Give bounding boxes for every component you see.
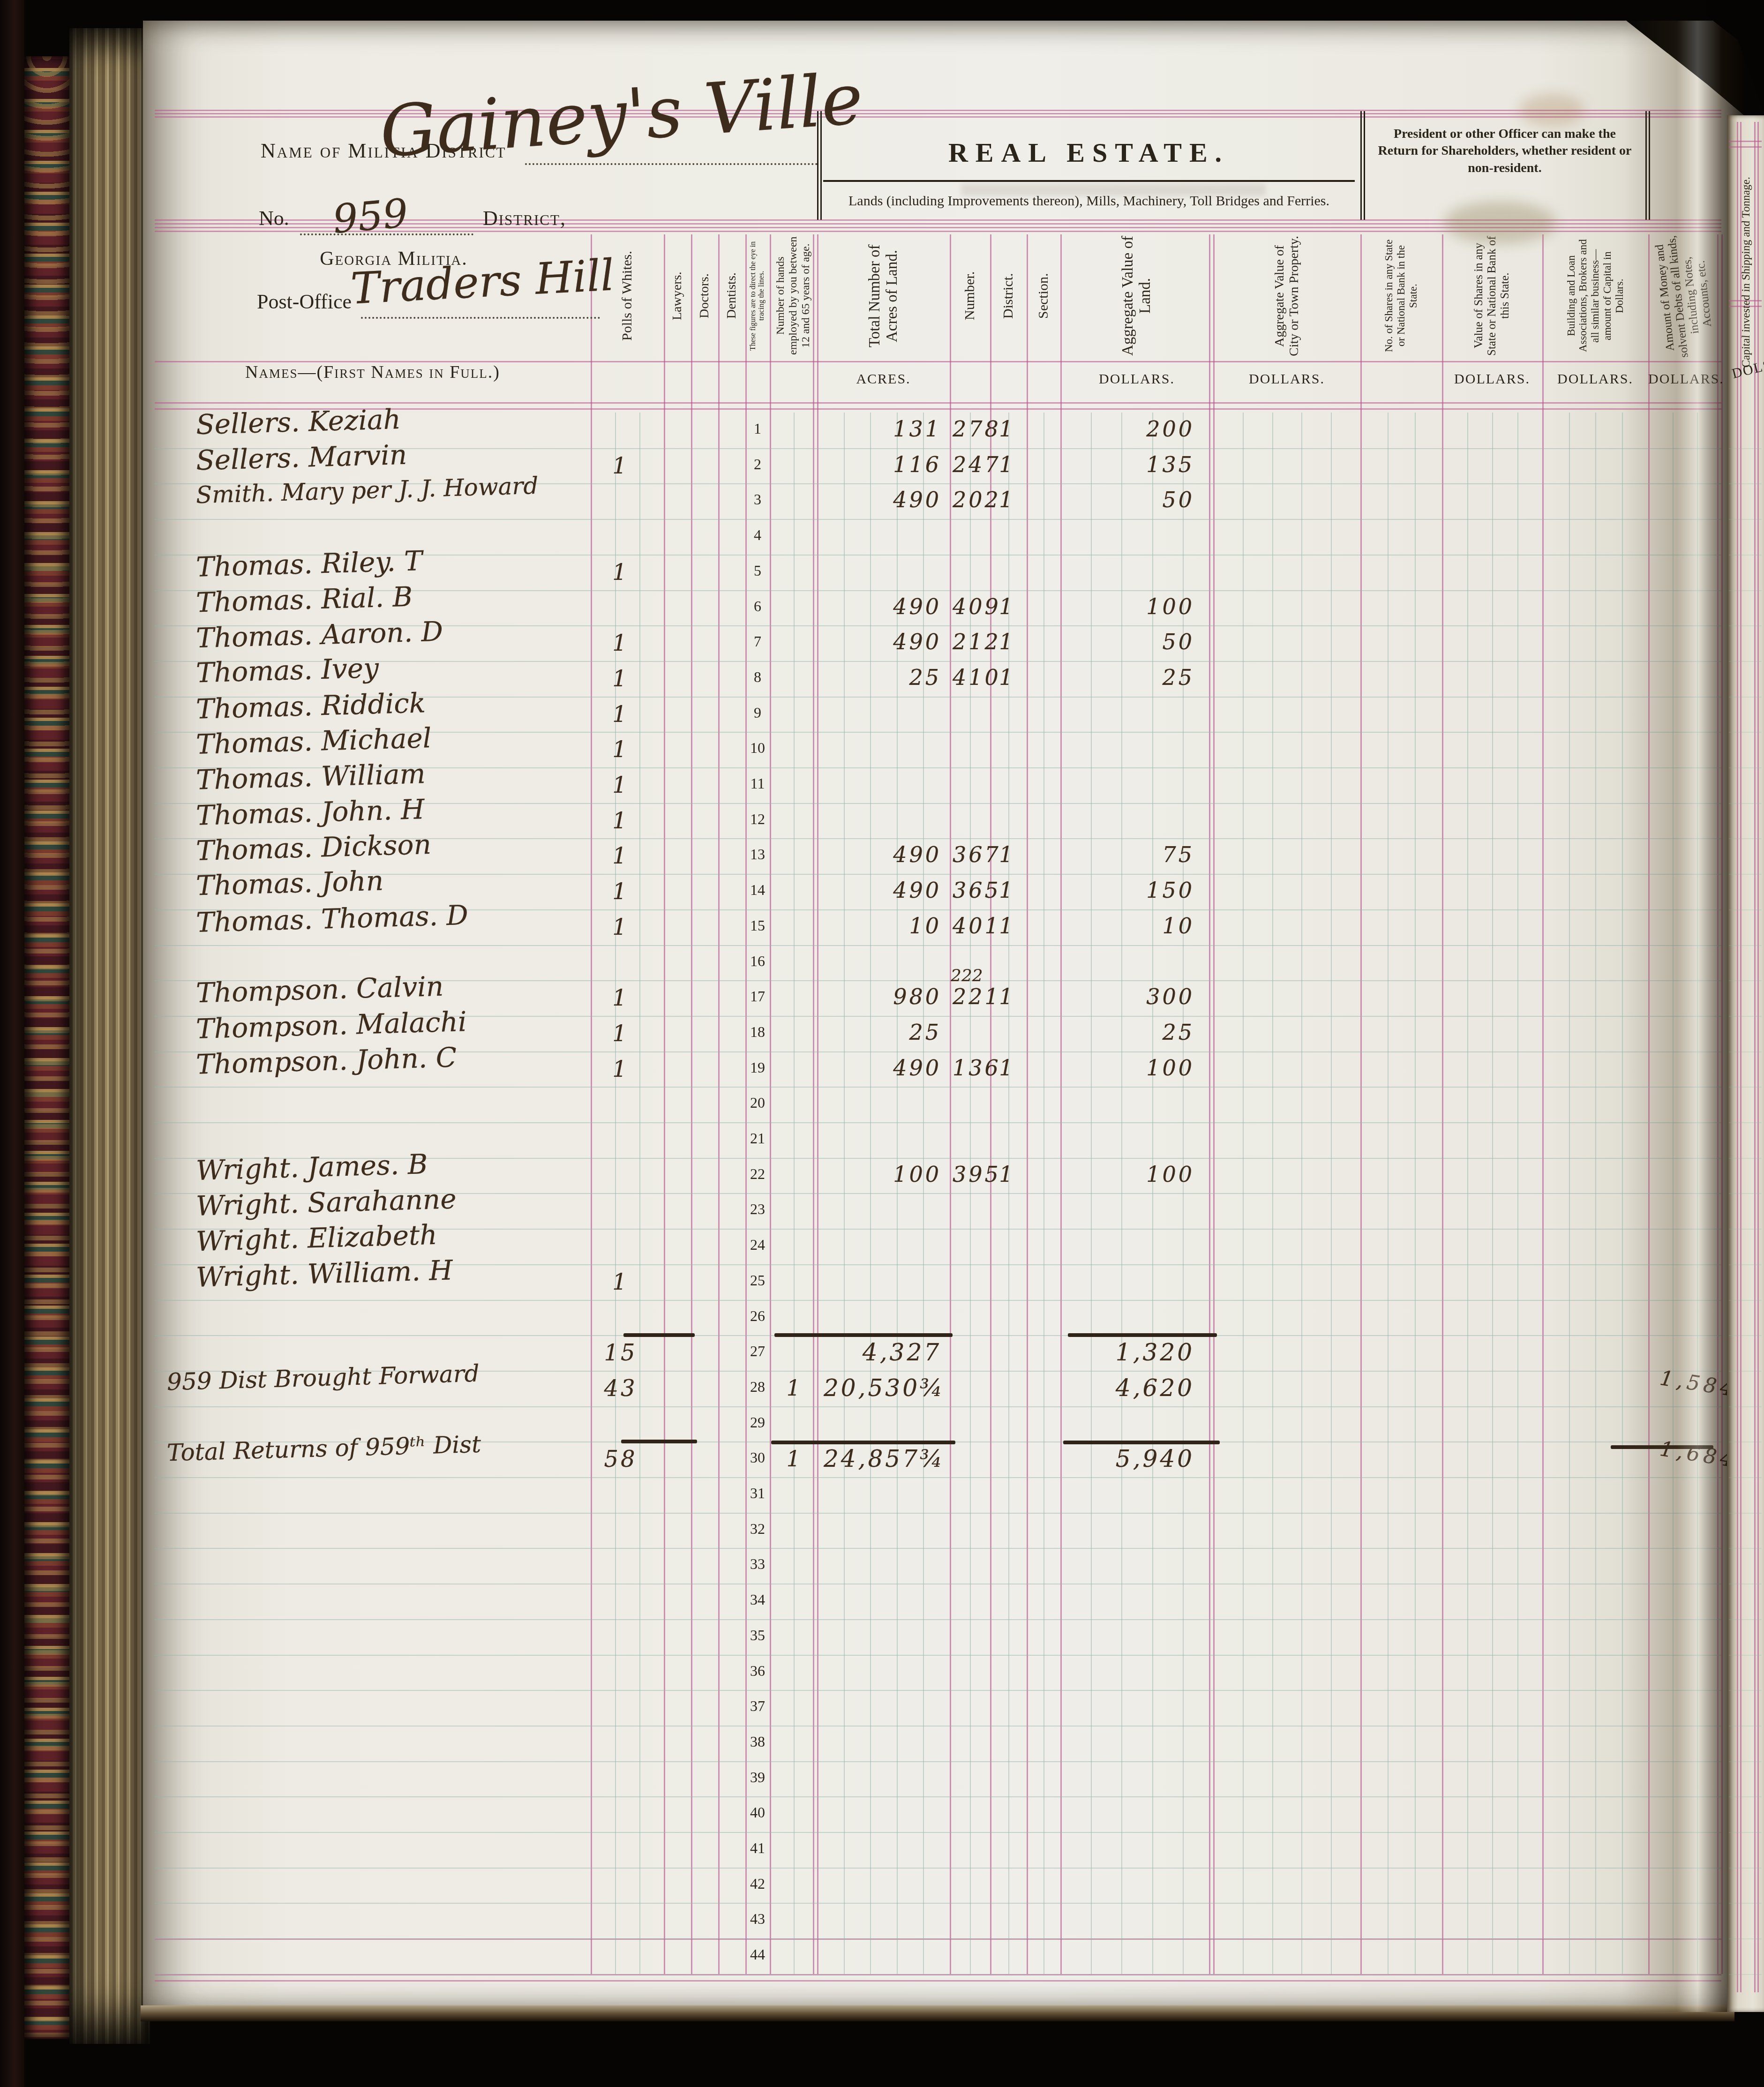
row-number: 21 — [745, 1130, 770, 1147]
land-value-cell: 1,320 — [1060, 1339, 1194, 1366]
grid-line — [1648, 234, 1650, 1974]
units-val: DOLLARS. — [1060, 371, 1213, 387]
column-header-city: Aggregate Value of City or Town Property… — [1213, 234, 1360, 357]
polls-cell: 58 — [591, 1446, 651, 1472]
grid-line — [1729, 767, 1762, 768]
row-number: 32 — [745, 1520, 770, 1538]
grid-line — [1729, 1406, 1762, 1407]
polls-cell: 43 — [591, 1375, 651, 1402]
land-value-cell: 100 — [1060, 1055, 1194, 1081]
grid-line — [155, 1796, 1721, 1797]
sum-line — [771, 1441, 955, 1444]
grid-line — [1729, 945, 1762, 946]
acres-cell: 980 — [824, 984, 941, 1009]
polls-cell: 1 — [591, 701, 651, 728]
district-cell: 1 — [990, 842, 1022, 867]
grid-line — [1729, 1761, 1762, 1762]
polls-cell: 1 — [591, 914, 651, 940]
post-office-rule — [361, 317, 600, 319]
grid-line — [1729, 1229, 1762, 1230]
district-cell: 1 — [990, 913, 1022, 938]
district-cell: 1 — [990, 487, 1022, 512]
stain — [1519, 94, 1584, 127]
grid-line — [1729, 1655, 1762, 1656]
sum-line — [621, 1440, 697, 1443]
row-number: 6 — [745, 598, 770, 615]
name-cell: Wright. Sarahanne — [195, 1183, 457, 1222]
grid-line — [1729, 1264, 1762, 1265]
grid-line — [155, 1980, 1721, 1982]
grid-line — [155, 1832, 1721, 1833]
grid-line — [155, 1513, 1721, 1514]
grid-line — [591, 234, 592, 1974]
grid-line — [1754, 122, 1756, 1992]
grid-line — [1729, 555, 1762, 556]
grid-line — [1729, 1938, 1762, 1939]
name-cell: Thomas. Riddick — [195, 687, 426, 725]
box-border — [1649, 111, 1650, 220]
land-value-cell: 25 — [1060, 1020, 1194, 1045]
hands-cell: 1 — [770, 1446, 817, 1471]
grid-line — [155, 519, 1721, 520]
lot-number-cell: 212 — [953, 629, 993, 654]
acres-cell: 20,530¾ — [824, 1374, 941, 1402]
row-number: 4 — [745, 526, 770, 544]
land-value-cell: 4,620 — [1060, 1374, 1194, 1402]
district-cell: 1 — [990, 594, 1022, 619]
district-cell: 1 — [990, 984, 1022, 1009]
grid-line — [155, 874, 1721, 875]
grid-line — [1729, 483, 1762, 484]
lot-number-cell: 367 — [953, 842, 993, 867]
grid-line — [1442, 234, 1443, 1974]
grid-line — [155, 1655, 1721, 1656]
polls-cell: 1 — [591, 453, 651, 479]
district-cell: 1 — [990, 665, 1022, 690]
grid-line — [691, 234, 692, 1974]
real-estate-title: REAL ESTATE. — [817, 137, 1360, 168]
shareholder-note: President or other Officer can make the … — [1374, 126, 1636, 177]
grid-line — [155, 1584, 1721, 1584]
name-cell: Thomas. William — [195, 758, 426, 796]
box-border — [1364, 111, 1365, 220]
grid-line — [1729, 1158, 1762, 1159]
grid-line — [1729, 1868, 1762, 1869]
lot-number-cell: 247 — [953, 452, 993, 477]
grid-line — [770, 234, 771, 1974]
row-number: 33 — [745, 1555, 770, 1573]
name-cell: Thomas. Riley. T — [195, 545, 423, 583]
row-number: 31 — [745, 1485, 770, 1502]
name-cell: Sellers. Keziah — [195, 403, 401, 441]
column-header-acres: Total Number of Acres of Land. — [817, 234, 950, 357]
column-header-num: Number. — [950, 234, 990, 357]
grid-line — [155, 945, 1721, 946]
district-word: District, — [483, 206, 566, 230]
land-value-cell: 50 — [1060, 629, 1194, 654]
name-cell: Thomas. Dickson — [195, 828, 432, 867]
grid-line — [813, 234, 814, 1974]
row-number: 24 — [745, 1236, 770, 1254]
grid-line — [155, 1548, 1721, 1549]
name-cell: Thomas. Rial. B — [195, 580, 413, 618]
grid-line — [1729, 1477, 1762, 1478]
grid-line — [1729, 874, 1762, 875]
row-number: 18 — [745, 1023, 770, 1041]
land-value-cell: 150 — [1060, 878, 1194, 903]
row-number: 8 — [745, 668, 770, 686]
grid-line — [1729, 1122, 1762, 1123]
row-number: 29 — [745, 1414, 770, 1431]
grid-line — [1717, 234, 1719, 1974]
sum-line — [623, 1333, 695, 1337]
lot-number-cell: 136 — [953, 1055, 993, 1081]
row-number: 12 — [745, 811, 770, 828]
polls-cell: 1 — [591, 772, 651, 798]
name-cell: Smith. Mary per J. J. Howard — [195, 472, 539, 509]
grid-line — [155, 661, 1721, 662]
land-value-cell: 200 — [1060, 416, 1194, 442]
polls-cell: 1 — [591, 630, 651, 656]
acres-cell: 490 — [824, 594, 941, 619]
land-value-cell: 100 — [1060, 594, 1194, 619]
district-number-label: No. — [259, 206, 289, 230]
row-number: 17 — [745, 988, 770, 1005]
grid-line — [1729, 1441, 1762, 1442]
units-bl: DOLLARS. — [1542, 371, 1648, 387]
name-cell: Thomas. John. H — [195, 793, 425, 832]
row-number: 36 — [745, 1662, 770, 1680]
grid-line — [1027, 234, 1028, 1974]
grid-line — [1729, 1584, 1762, 1584]
polls-cell: 1 — [591, 808, 651, 834]
grid-line — [1757, 122, 1759, 1992]
polls-cell: 15 — [591, 1340, 651, 1366]
column-header-bl: Building and Loan Associations, Brokers … — [1542, 234, 1648, 357]
row-number: 3 — [745, 491, 770, 508]
column-header-hands: Number of hands employed by you between … — [770, 234, 817, 357]
row-number: 28 — [745, 1378, 770, 1396]
polls-cell: 1 — [591, 878, 651, 905]
grid-line — [1729, 803, 1762, 804]
grid-line — [155, 1619, 1721, 1620]
column-header-dist: District. — [990, 234, 1027, 357]
box-border — [1360, 111, 1362, 220]
names-column-header: Names—(First Names in Full.) — [155, 362, 591, 383]
grid-line — [1729, 1087, 1762, 1088]
name-cell: Sellers. Marvin — [195, 438, 407, 476]
row-number: 2 — [745, 456, 770, 473]
row-number: 14 — [745, 881, 770, 899]
column-header-shval: Value of Shares in any State or National… — [1442, 234, 1542, 357]
grid-line — [1729, 1726, 1762, 1727]
column-header-doctors: Doctors. — [691, 234, 718, 357]
grid-line — [1729, 1548, 1762, 1549]
column-header-rownum: These figures are to direct the eye in t… — [745, 234, 770, 357]
grid-line — [1729, 909, 1762, 910]
column-header-section: Section. — [1027, 234, 1060, 357]
grid-line — [817, 234, 818, 1974]
row-number: 5 — [745, 562, 770, 579]
units-acres: ACRES. — [817, 371, 950, 387]
grid-line — [155, 1300, 1721, 1301]
acres-cell: 131 — [824, 416, 941, 442]
district-cell: 1 — [990, 1162, 1022, 1187]
name-cell: Thomas. Ivey — [195, 652, 379, 689]
grid-line — [155, 1087, 1721, 1088]
hands-cell: 1 — [770, 1375, 817, 1401]
polls-cell: 1 — [591, 666, 651, 692]
acres-cell: 4,327 — [824, 1339, 941, 1366]
ledger-sheet: Name of Militia District Gainey's Ville … — [0, 0, 1764, 2087]
grid-line — [1729, 1974, 1762, 1975]
polls-cell: 1 — [591, 843, 651, 869]
acres-cell: 116 — [824, 452, 941, 477]
row-number: 35 — [745, 1627, 770, 1644]
district-number-value: 959 — [331, 190, 410, 242]
row-number: 13 — [745, 846, 770, 863]
grid-line — [155, 1938, 1721, 1939]
land-value-cell: 100 — [1060, 1162, 1194, 1187]
row-number: 20 — [745, 1094, 770, 1111]
grid-line — [155, 1974, 1721, 1975]
post-office-label: Post-Office — [257, 290, 352, 314]
grid-line — [1729, 1371, 1762, 1372]
name-cell: Thompson. Calvin — [195, 970, 444, 1009]
grid-line — [1721, 234, 1723, 1974]
acres-cell: 490 — [824, 878, 941, 903]
polls-cell: 1 — [591, 1021, 651, 1047]
acres-cell: 100 — [824, 1162, 941, 1187]
name-cell: Thompson. Malachi — [195, 1006, 467, 1045]
militia-district-value: Gainey's Ville — [377, 58, 865, 173]
district-cell: 1 — [990, 878, 1022, 903]
name-cell: Thomas. Aaron. D — [195, 616, 443, 654]
grid-line — [155, 1477, 1721, 1478]
district-cell: 1 — [990, 416, 1022, 442]
row-number: 43 — [745, 1910, 770, 1928]
row-number: 26 — [745, 1307, 770, 1325]
column-header-money: Amount of Money and solvent Debts of all… — [1642, 231, 1728, 361]
lot-number-cell: 202 — [953, 487, 993, 512]
grid-line — [1729, 980, 1762, 981]
land-value-cell: 50 — [1060, 487, 1194, 512]
grid-line — [1729, 625, 1762, 626]
acres-cell: 25 — [824, 665, 941, 690]
grid-line — [155, 1761, 1721, 1762]
grid-line — [1729, 590, 1762, 591]
acres-cell: 490 — [824, 487, 941, 512]
sum-line — [774, 1333, 953, 1337]
grid-line — [1213, 234, 1215, 1974]
grid-line — [1729, 1193, 1762, 1194]
land-value-cell: 75 — [1060, 842, 1194, 867]
acres-cell: 490 — [824, 842, 941, 867]
grid-line — [1729, 1619, 1762, 1620]
grid-line — [664, 234, 665, 1974]
militia-district-rule — [525, 163, 818, 165]
units-money: DOLLARS. — [1648, 371, 1721, 387]
name-cell: Thompson. John. C — [195, 1041, 457, 1081]
box-border — [1645, 111, 1647, 220]
grid-line — [155, 1406, 1721, 1407]
land-value-cell: 135 — [1060, 452, 1194, 477]
land-value-cell: 5,940 — [1060, 1445, 1194, 1472]
sum-line — [1063, 1441, 1220, 1444]
lot-number-cell: 278 — [953, 416, 993, 442]
column-header-lawyers: Lawyers. — [664, 234, 691, 357]
acres-cell: 490 — [824, 1055, 941, 1081]
name-cell: Total Returns of 959ᵗʰ Dist — [166, 1431, 481, 1467]
column-header-val: Aggregate Value of Land. — [1060, 234, 1213, 357]
lot-number-cell: 365 — [953, 878, 993, 903]
land-value-cell: 300 — [1060, 984, 1194, 1009]
name-cell: 959 Dist Brought Forward — [166, 1360, 480, 1396]
row-number: 23 — [745, 1201, 770, 1218]
sum-line — [1611, 1445, 1713, 1449]
grid-line — [1542, 234, 1544, 1974]
row-number: 25 — [745, 1272, 770, 1289]
grid-line — [1729, 661, 1762, 662]
row-number: 7 — [745, 633, 770, 650]
grid-line — [1729, 1796, 1762, 1797]
grid-line — [1729, 1016, 1762, 1017]
grid-line — [155, 1903, 1721, 1904]
district-cell: 1 — [990, 1055, 1022, 1081]
row-number: 16 — [745, 953, 770, 970]
name-cell: Thomas. Michael — [195, 722, 432, 760]
grid-line — [1729, 1051, 1762, 1052]
row-number: 27 — [745, 1343, 770, 1360]
grid-line — [155, 1868, 1721, 1869]
row-number: 22 — [745, 1165, 770, 1183]
row-number: 30 — [745, 1449, 770, 1466]
column-header-shipping: Capital invested in Shipping and Tonnage… — [1731, 149, 1762, 395]
grid-line — [1729, 1335, 1762, 1336]
row-number: 42 — [745, 1875, 770, 1892]
grid-line — [1729, 519, 1762, 520]
grid-line — [1729, 697, 1762, 698]
polls-cell: 1 — [591, 1056, 651, 1082]
polls-cell: 1 — [591, 985, 651, 1011]
ledger-page-photo: Name of Militia District Gainey's Ville … — [0, 0, 1764, 2087]
grid-line — [1729, 1690, 1762, 1691]
units-shval: DOLLARS. — [1442, 371, 1542, 387]
lot-number-superscript: 222 — [951, 966, 991, 985]
units-city: DOLLARS. — [1213, 371, 1360, 387]
grid-line — [1737, 122, 1738, 1992]
polls-cell: 1 — [591, 1269, 651, 1295]
grid-line — [1729, 141, 1762, 142]
real-estate-subtitle: Lands (including Improvements thereon), … — [823, 193, 1355, 209]
row-number: 11 — [745, 775, 770, 792]
row-number: 38 — [745, 1733, 770, 1750]
grid-line — [1729, 1300, 1762, 1301]
grid-line — [1360, 234, 1362, 1974]
lot-number-cell: 221 — [953, 984, 993, 1009]
name-cell: Wright. James. B — [195, 1148, 428, 1186]
sum-line — [1068, 1333, 1217, 1337]
row-number: 37 — [745, 1697, 770, 1715]
grid-line — [1729, 146, 1762, 148]
acres-cell: 25 — [824, 1020, 941, 1045]
polls-cell: 1 — [591, 736, 651, 763]
name-cell: Wright. William. H — [195, 1254, 453, 1293]
lot-number-cell: 410 — [953, 665, 993, 690]
row-number: 9 — [745, 704, 770, 721]
lot-number-cell: 409 — [953, 594, 993, 619]
grid-line — [155, 1726, 1721, 1727]
grid-line — [1740, 122, 1741, 1992]
polls-cell: 1 — [591, 559, 651, 586]
lot-number-cell: 395 — [953, 1162, 993, 1187]
grid-line — [718, 234, 720, 1974]
grid-line — [1729, 732, 1762, 733]
name-cell: Thomas. Thomas. D — [195, 899, 469, 938]
grid-line — [1729, 448, 1762, 449]
name-cell: Wright. Elizabeth — [195, 1219, 437, 1257]
grid-line — [1729, 838, 1762, 839]
row-number: 44 — [745, 1946, 770, 1963]
row-number: 41 — [745, 1839, 770, 1857]
grid-line — [155, 1690, 1721, 1691]
row-number: 15 — [745, 917, 770, 934]
land-value-cell: 25 — [1060, 665, 1194, 690]
row-number: 39 — [745, 1769, 770, 1786]
lot-number-cell: 401 — [953, 913, 993, 938]
grid-line — [1729, 1903, 1762, 1904]
acres-cell: 10 — [824, 913, 941, 938]
grid-line — [1209, 234, 1210, 1974]
grid-line — [950, 234, 951, 1974]
row-number: 40 — [745, 1804, 770, 1821]
land-value-cell: 10 — [1060, 913, 1194, 938]
column-header-shno: No. of Shares in any State or National B… — [1360, 234, 1442, 357]
real-estate-title-rule — [823, 180, 1355, 182]
column-header-dentists: Dentists. — [718, 234, 745, 357]
acres-cell: 490 — [824, 629, 941, 654]
grid-line — [1729, 1513, 1762, 1514]
stain — [1444, 202, 1556, 244]
row-number: 34 — [745, 1591, 770, 1608]
district-cell: 1 — [990, 452, 1022, 477]
row-number: 10 — [745, 739, 770, 757]
district-cell: 1 — [990, 629, 1022, 654]
grid-line — [155, 1122, 1721, 1123]
row-number: 19 — [745, 1059, 770, 1076]
grid-line — [1729, 1832, 1762, 1833]
name-cell: Thomas. John — [195, 865, 384, 902]
acres-cell: 24,857¾ — [824, 1445, 941, 1472]
row-number: 1 — [745, 420, 770, 437]
